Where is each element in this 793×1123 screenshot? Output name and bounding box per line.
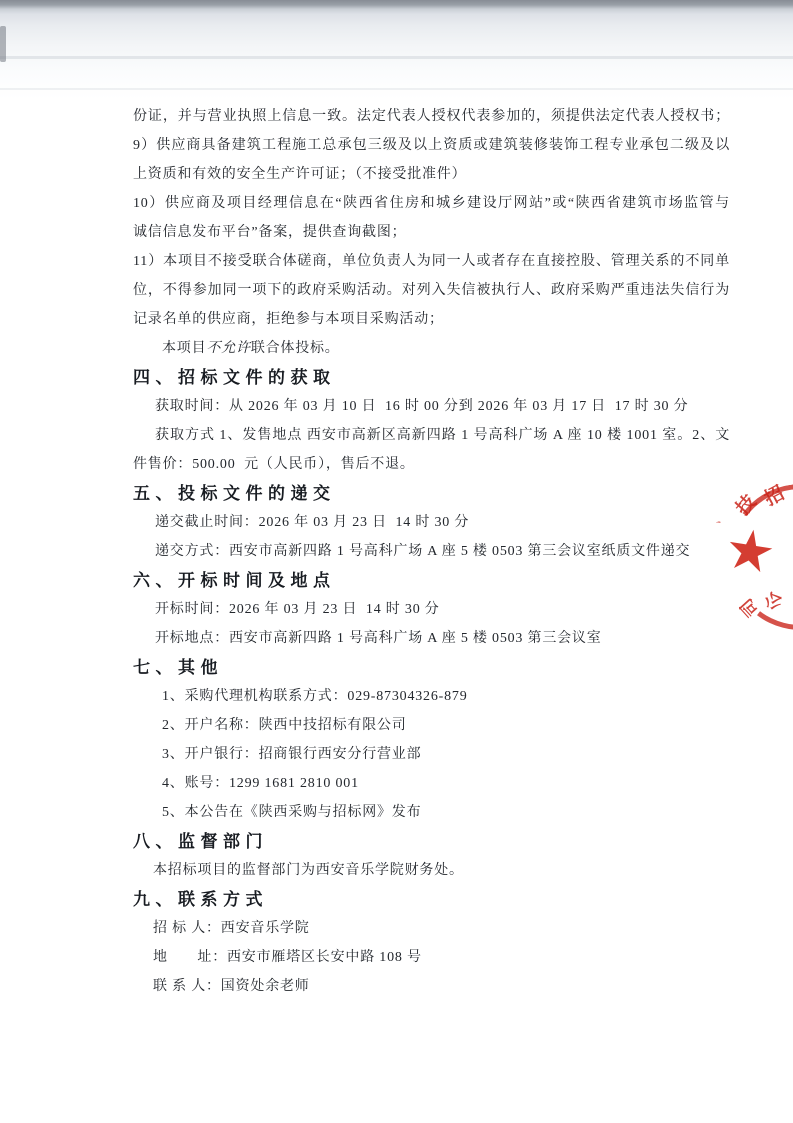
scan-edge-artifact — [0, 0, 793, 100]
text-line: 2、开户名称：陕西中技招标有限公司 — [133, 711, 730, 740]
text-line: 份证，并与营业执照上信息一致。法定代表人授权代表参加的，须提供法定代表人授权书； — [133, 102, 730, 131]
text-line: 地 址：西安市雁塔区长安中路 108 号 — [133, 943, 730, 972]
text-line: 诚信信息发布平台”备案，提供查询截图； — [133, 218, 730, 247]
text-run: 联合体投标。 — [251, 341, 340, 356]
seal-character: 公 — [762, 588, 786, 613]
section-heading: 五、投标文件的递交 — [133, 479, 730, 508]
scan-streak — [0, 56, 793, 59]
seal-character: 技 — [733, 492, 760, 519]
text-line: 招 标 人：西安音乐学院 — [133, 914, 730, 943]
text-line: 开标地点：西安市高新四路 1 号高科广场 A 座 5 楼 0503 第三会议室 — [133, 624, 730, 653]
text-line: 本招标项目的监督部门为西安音乐学院财务处。 — [133, 856, 730, 885]
seal-character: 司 — [737, 595, 762, 620]
text-line: 1、采购代理机构联系方式：029-87304326-879 — [133, 682, 730, 711]
scan-streak — [0, 88, 793, 90]
text-line: 记录名单的供应商，拒绝参与本项目采购活动； — [133, 305, 730, 334]
document-text: 份证，并与营业执照上信息一致。法定代表人授权代表参加的，须提供法定代表人授权书；… — [133, 102, 730, 1001]
text-line: 递交截止时间：2026 年 03 月 23 日 14 时 30 分 — [133, 508, 730, 537]
section-heading: 九、联系方式 — [133, 885, 730, 914]
section-heading: 六、开标时间及地点 — [133, 566, 730, 595]
seal-character: 招 — [762, 484, 788, 510]
text-line: 10）供应商及项目经理信息在“陕西省住房和城乡建设厅网站”或“陕西省建筑市场监管… — [133, 189, 730, 218]
scan-edge-mark — [0, 26, 6, 62]
text-line: 联 系 人：国资处余老师 — [133, 972, 730, 1001]
text-line: 本项目不允许联合体投标。 — [133, 334, 730, 363]
section-heading: 七、其他 — [133, 653, 730, 682]
text-line: 件售价：500.00 元（人民币），售后不退。 — [133, 450, 730, 479]
text-line: 获取时间：从 2026 年 03 月 10 日 16 时 00 分到 2026 … — [133, 392, 730, 421]
text-line: 11）本项目不接受联合体磋商，单位负责人为同一人或者存在直接控股、管理关系的不同… — [133, 247, 730, 276]
text-line: 4、账号：1299 1681 2810 001 — [133, 769, 730, 798]
text-line: 递交方式：西安市高新四路 1 号高科广场 A 座 5 楼 0503 第三会议室纸… — [133, 537, 730, 566]
emphasis-italic: 不允许 — [206, 341, 250, 356]
text-line: 开标时间：2026 年 03 月 23 日 14 时 30 分 — [133, 595, 730, 624]
text-line: 位，不得参加同一项下的政府采购活动。对列入失信被执行人、政府采购严重违法失信行为 — [133, 276, 730, 305]
text-line: 获取方式 1、发售地点 西安市高新区高新四路 1 号高科广场 A 座 10 楼 … — [133, 421, 730, 450]
section-heading: 八、监督部门 — [133, 827, 730, 856]
text-line: 3、开户银行：招商银行西安分行营业部 — [133, 740, 730, 769]
text-line: 9）供应商具备建筑工程施工总承包三级及以上资质或建筑装修装饰工程专业承包二级及以 — [133, 131, 730, 160]
text-run: 本项目 — [162, 341, 206, 356]
text-line: 5、本公告在《陕西采购与招标网》发布 — [133, 798, 730, 827]
text-line: 上资质和有效的安全生产许可证；（不接受批准件） — [133, 160, 730, 189]
scanned-document-page: 份证，并与营业执照上信息一致。法定代表人授权代表参加的，须提供法定代表人授权书；… — [0, 0, 793, 1123]
section-heading: 四、招标文件的获取 — [133, 363, 730, 392]
